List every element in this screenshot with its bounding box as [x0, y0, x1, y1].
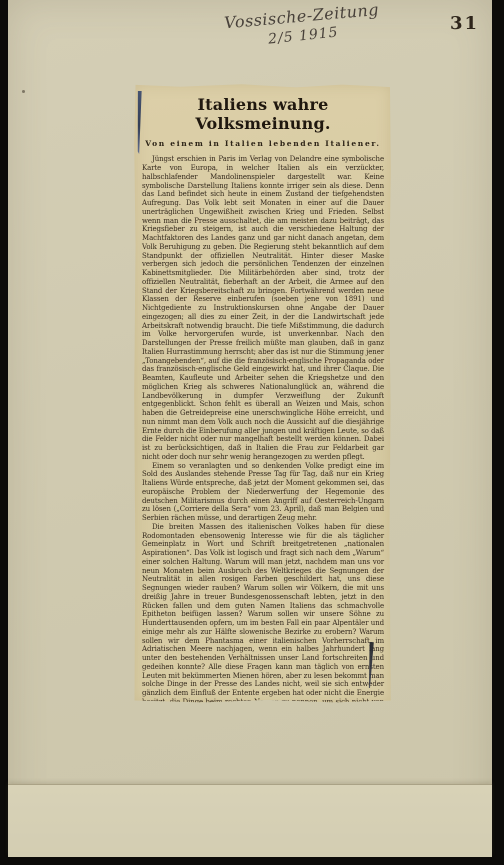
- clipping-headline: Italiens wahre Volksmeinung.: [142, 95, 384, 133]
- clipping-paragraph: Jüngst erschien in Paris im Verlag von D…: [142, 155, 384, 461]
- paper-speck: [22, 90, 25, 93]
- clipping-subtitle: Von einem in Italien lebenden Italiener.: [142, 139, 384, 148]
- clipping-article-body: Jüngst erschien in Paris im Verlag von D…: [142, 155, 384, 715]
- scanned-album-photo: 31 Vossische-Zeitung 2/5 1915 Italiens w…: [0, 0, 504, 865]
- newspaper-clipping: Italiens wahre Volksmeinung. Von einem i…: [134, 84, 391, 703]
- page-fold-crease: [8, 784, 492, 857]
- clipping-paragraph: Die breiten Massen des italienischen Vol…: [142, 523, 384, 716]
- page-number: 31: [450, 13, 479, 34]
- clipping-paragraph: Einem so veranlagten und so denkenden Vo…: [142, 462, 384, 523]
